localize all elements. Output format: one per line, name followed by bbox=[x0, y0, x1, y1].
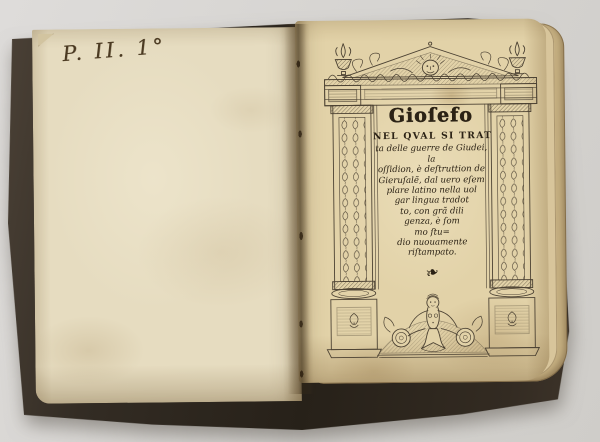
fleuron-icon: ❧ bbox=[423, 261, 442, 283]
pedestal-left bbox=[327, 288, 382, 358]
blackletter-title: Gioſefo bbox=[373, 104, 489, 127]
title-line: NEL QVAL SI TRAT bbox=[373, 131, 489, 143]
pilaster-left bbox=[331, 105, 375, 289]
siren-figure bbox=[377, 294, 490, 358]
title-line: ta delle guerre de Giudei, la bbox=[373, 143, 489, 165]
urn-left-icon bbox=[335, 43, 351, 75]
title-lines: NEL QVAL SI TRATta delle guerre de Giude… bbox=[373, 131, 490, 259]
title-line: plare latino nella uol bbox=[374, 185, 490, 197]
pediment bbox=[328, 41, 528, 82]
left-page bbox=[32, 27, 302, 404]
binding-gutter bbox=[284, 24, 314, 394]
photo-background: P. II. 1° bbox=[0, 0, 600, 442]
title-line: dio nuouamente riſtampato. bbox=[374, 237, 490, 259]
book: P. II. 1° bbox=[0, 0, 600, 442]
urn-right-icon bbox=[509, 42, 525, 74]
title-line: oſſidion, è deſtruttion de bbox=[373, 164, 489, 176]
entablature bbox=[325, 78, 537, 106]
pedestal-right bbox=[485, 287, 540, 357]
pilaster-right bbox=[489, 104, 533, 288]
frieze-panel bbox=[365, 88, 497, 99]
title-block: Gioſefo NEL QVAL SI TRATta delle guerre … bbox=[373, 104, 491, 282]
